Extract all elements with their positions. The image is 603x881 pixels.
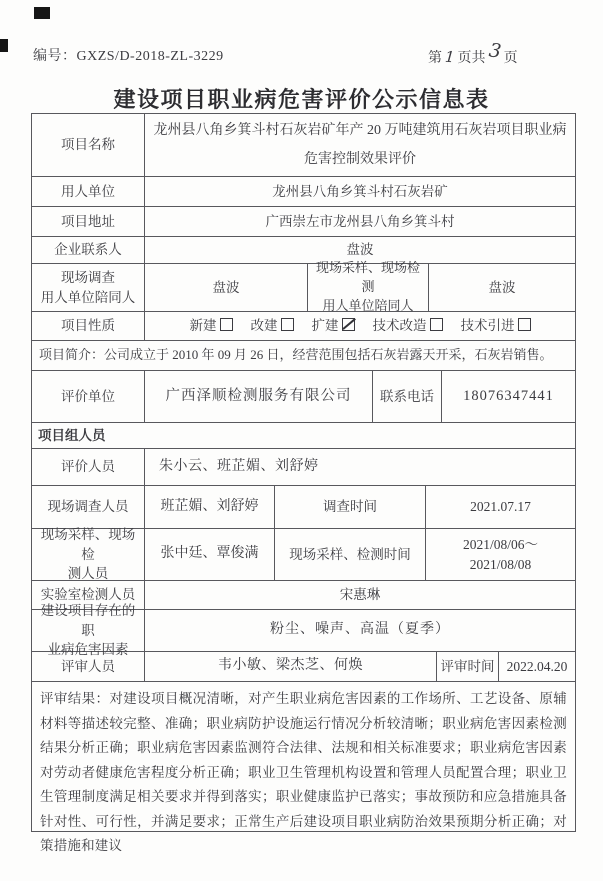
page-indicator-suffix: 页 xyxy=(504,51,518,66)
option-label: 改建 xyxy=(251,318,278,333)
document-title: 建设项目职业病危害评价公示信息表 xyxy=(0,83,603,114)
option-label: 技术改造 xyxy=(373,318,427,333)
total-pages-handwritten: 3 xyxy=(484,39,505,63)
document-number-value: GXZS/D-2018-ZL-3229 xyxy=(77,49,224,64)
row-evaluation-org: 评价单位 广西泽顺检测服务有限公司 联系电话 18076347441 xyxy=(32,370,575,422)
lab-value: 宋惠琳 xyxy=(144,581,575,609)
address-value: 广西崇左市龙州县八角乡箕斗村 xyxy=(144,207,575,236)
option-label: 新建 xyxy=(190,318,217,333)
company-contact-label: 企业联系人 xyxy=(32,237,144,263)
review-result-text: 评审结果：对建设项目概况清晰，对产生职业病危害因素的工作场所、工艺设备、原辅材料… xyxy=(32,682,575,831)
survey-escort-value: 盘波 xyxy=(144,264,307,311)
eval-org-phone-value: 18076347441 xyxy=(441,371,575,422)
page-indicator-middle: 页共 xyxy=(458,51,486,66)
row-reviewers: 评审人员 韦小敏、梁杰芝、何焕 评审时间 2022.04.20 xyxy=(32,651,575,681)
evaluators-value: 朱小云、班芷媚、刘舒婷 xyxy=(144,449,575,485)
nature-option-expand: 扩建 xyxy=(312,316,355,336)
row-sampling: 现场采样、现场检 测人员 张中廷、覃俊满 现场采样、检测时间 2021/08/0… xyxy=(32,528,575,580)
sampling-escort-value: 盘波 xyxy=(428,264,575,311)
checkbox-checked-icon xyxy=(342,318,355,331)
row-review-result: 评审结果：对建设项目概况清晰，对产生职业病危害因素的工作场所、工艺设备、原辅材料… xyxy=(32,681,575,831)
evaluators-label: 评价人员 xyxy=(32,449,144,485)
site-survey-label: 现场调查人员 xyxy=(32,486,144,528)
page-indicator-prefix: 第 xyxy=(428,51,442,66)
reviewers-label: 评审人员 xyxy=(32,652,144,681)
sampling-label: 现场采样、现场检 测人员 xyxy=(32,529,144,580)
scanned-document-page: 编号：GXZS/D-2018-ZL-3229 第1页共3页 建设项目职业病危害评… xyxy=(0,0,603,881)
checkbox-icon xyxy=(518,318,531,331)
row-project-name: 项目名称 龙州县八角乡箕斗村石灰岩矿年产 20 万吨建筑用石灰岩项目职业病危害控… xyxy=(32,114,575,176)
site-survey-people: 班芷媚、刘舒婷 xyxy=(144,486,274,528)
row-project-brief: 项目简介：公司成立于 2010 年 09 月 26 日，经营范围包括石灰岩露天开… xyxy=(32,340,575,370)
row-hazards: 建设项目存在的职 业病危害因素 粉尘、噪声、高温（夏季） xyxy=(32,609,575,651)
scan-artifact xyxy=(0,39,8,52)
survey-time-value: 2021.07.17 xyxy=(425,486,575,528)
team-header-text: 项目组人员 xyxy=(32,423,575,448)
page-indicator: 第1页共3页 xyxy=(428,45,518,67)
checkbox-icon xyxy=(430,318,443,331)
sampling-time-label: 现场采样、检测时间 xyxy=(274,529,425,580)
hazards-label: 建设项目存在的职 业病危害因素 xyxy=(32,610,144,651)
sampling-time-value: 2021/08/06～ 2021/08/08 xyxy=(425,529,575,580)
reviewers-value: 韦小敏、梁杰芝、何焕 xyxy=(144,652,436,681)
eval-org-value: 广西泽顺检测服务有限公司 xyxy=(144,371,372,422)
row-address: 项目地址 广西崇左市龙州县八角乡箕斗村 xyxy=(32,206,575,236)
eval-org-phone-label: 联系电话 xyxy=(372,371,441,422)
project-name-value: 龙州县八角乡箕斗村石灰岩矿年产 20 万吨建筑用石灰岩项目职业病危害控制效果评价 xyxy=(144,114,575,176)
row-evaluators: 评价人员 朱小云、班芷媚、刘舒婷 xyxy=(32,448,575,485)
nature-option-rebuild: 改建 xyxy=(251,316,294,336)
current-page-handwritten: 1 xyxy=(441,47,458,66)
project-nature-options: 新建 改建 扩建 技术改造 技术引进 xyxy=(144,312,575,340)
review-time-label: 评审时间 xyxy=(436,652,498,681)
eval-org-label: 评价单位 xyxy=(32,371,144,422)
row-employer: 用人单位 龙州县八角乡箕斗村石灰岩矿 xyxy=(32,176,575,206)
checkbox-icon xyxy=(281,318,294,331)
row-team-header: 项目组人员 xyxy=(32,422,575,448)
option-label: 扩建 xyxy=(312,318,339,333)
document-number-label: 编号： xyxy=(33,49,77,64)
nature-option-tech-upgrade: 技术改造 xyxy=(373,316,443,336)
info-table: 项目名称 龙州县八角乡箕斗村石灰岩矿年产 20 万吨建筑用石灰岩项目职业病危害控… xyxy=(31,113,576,832)
sampling-people: 张中廷、覃俊满 xyxy=(144,529,274,580)
nature-option-tech-import: 技术引进 xyxy=(461,316,531,336)
employer-value: 龙州县八角乡箕斗村石灰岩矿 xyxy=(144,177,575,206)
project-nature-label: 项目性质 xyxy=(32,312,144,340)
nature-option-new: 新建 xyxy=(190,316,233,336)
project-name-label: 项目名称 xyxy=(32,114,144,176)
row-company-contact: 企业联系人 盘波 xyxy=(32,236,575,263)
survey-escort-label: 现场调查 用人单位陪同人 xyxy=(32,264,144,311)
checkbox-icon xyxy=(220,318,233,331)
scan-artifact xyxy=(34,7,50,19)
review-time-value: 2022.04.20 xyxy=(498,652,575,681)
address-label: 项目地址 xyxy=(32,207,144,236)
document-number: 编号：GXZS/D-2018-ZL-3229 xyxy=(33,45,224,65)
row-site-survey: 现场调查人员 班芷媚、刘舒婷 调查时间 2021.07.17 xyxy=(32,485,575,528)
project-brief-text: 项目简介：公司成立于 2010 年 09 月 26 日，经营范围包括石灰岩露天开… xyxy=(32,341,575,370)
option-label: 技术引进 xyxy=(461,318,515,333)
survey-time-label: 调查时间 xyxy=(274,486,425,528)
row-escorts: 现场调查 用人单位陪同人 盘波 现场采样、现场检测 用人单位陪同人 盘波 xyxy=(32,263,575,311)
sampling-escort-label: 现场采样、现场检测 用人单位陪同人 xyxy=(307,264,428,311)
hazards-value: 粉尘、噪声、高温（夏季） xyxy=(144,610,575,651)
row-project-nature: 项目性质 新建 改建 扩建 技术改造 技术引进 xyxy=(32,311,575,340)
employer-label: 用人单位 xyxy=(32,177,144,206)
